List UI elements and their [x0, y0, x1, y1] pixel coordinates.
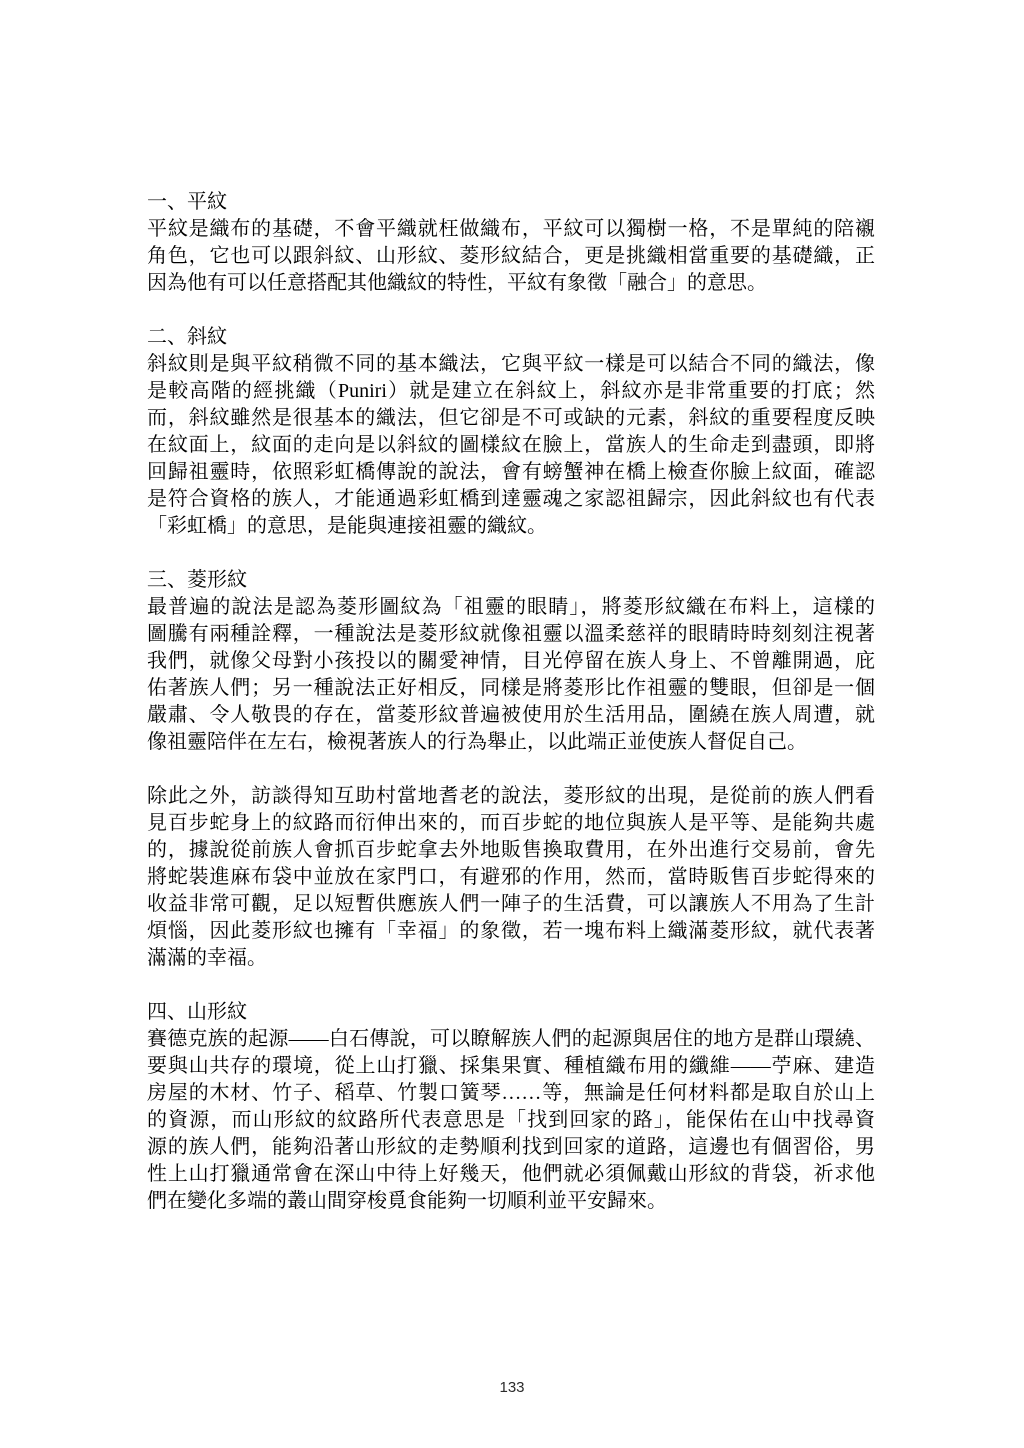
section-heading: 一、平紋: [147, 189, 875, 216]
section: 一、平紋平紋是織布的基礎，不會平織就枉做織布，平紋可以獨樹一格，不是單純的陪襯角…: [147, 189, 875, 297]
document-page: 一、平紋平紋是織布的基礎，不會平織就枉做織布，平紋可以獨樹一格，不是單純的陪襯角…: [0, 0, 1024, 1448]
text-line: 最普遍的說法是認為菱形圖紋為「祖靈的眼睛」，將菱形紋織在布料上，這樣的: [147, 594, 875, 621]
paragraph: 賽德克族的起源——白石傳說，可以瞭解族人們的起源與居住的地方是群山環繞、要與山共…: [147, 1026, 875, 1215]
text-line: 的資源，而山形紋的紋路所代表意思是「找到回家的路」，能保佑在山中找尋資: [147, 1107, 875, 1134]
page-footer: 133: [0, 1379, 1024, 1396]
text-line: 賽德克族的起源——白石傳說，可以瞭解族人們的起源與居住的地方是群山環繞、: [147, 1026, 875, 1053]
paragraph: 平紋是織布的基礎，不會平織就枉做織布，平紋可以獨樹一格，不是單純的陪襯角色，它也…: [147, 216, 875, 297]
text-line: 在紋面上，紋面的走向是以斜紋的圖樣紋在臉上，當族人的生命走到盡頭，即將: [147, 432, 875, 459]
section-heading: 二、斜紋: [147, 324, 875, 351]
text-line: 回歸祖靈時，依照彩虹橋傳說的說法，會有螃蟹神在橋上檢查你臉上紋面，確認: [147, 459, 875, 486]
text-line: 性上山打獵通常會在深山中待上好幾天，他們就必須佩戴山形紋的背袋，祈求他: [147, 1161, 875, 1188]
text-line: 嚴肅、令人敬畏的存在，當菱形紋普遍被使用於生活用品，圍繞在族人周遭，就: [147, 702, 875, 729]
section: 三、菱形紋最普遍的說法是認為菱形圖紋為「祖靈的眼睛」，將菱形紋織在布料上，這樣的…: [147, 567, 875, 972]
text-line: 而，斜紋雖然是很基本的織法，但它卻是不可或缺的元素，斜紋的重要程度反映: [147, 405, 875, 432]
text-line: 見百步蛇身上的紋路而衍伸出來的，而百步蛇的地位與族人是平等、是能夠共處: [147, 810, 875, 837]
text-line: 佑著族人們；另一種說法正好相反，同樣是將菱形比作祖靈的雙眼，但卻是一個: [147, 675, 875, 702]
text-line: 平紋是織布的基礎，不會平織就枉做織布，平紋可以獨樹一格，不是單純的陪襯: [147, 216, 875, 243]
text-line: 煩惱，因此菱形紋也擁有「幸福」的象徵，若一塊布料上織滿菱形紋，就代表著: [147, 918, 875, 945]
text-line: 圖騰有兩種詮釋，一種說法是菱形紋就像祖靈以溫柔慈祥的眼睛時時刻刻注視著: [147, 621, 875, 648]
text-line: 因為他有可以任意搭配其他織紋的特性，平紋有象徵「融合」的意思。: [147, 270, 875, 297]
section: 二、斜紋斜紋則是與平紋稍微不同的基本織法，它與平紋一樣是可以結合不同的織法，像是…: [147, 324, 875, 540]
text-line: 要與山共存的環境，從上山打獵、採集果實、種植織布用的纖維——苧麻、建造: [147, 1053, 875, 1080]
text-line: 我們，就像父母對小孩投以的關愛神情，目光停留在族人身上、不曾離開過，庇: [147, 648, 875, 675]
text-line: 們在變化多端的叢山間穿梭覓食能夠一切順利並平安歸來。: [147, 1188, 875, 1215]
text-line: 角色，它也可以跟斜紋、山形紋、菱形紋結合，更是挑織相當重要的基礎織，正: [147, 243, 875, 270]
page-number: 133: [499, 1379, 524, 1396]
text-line: 像祖靈陪伴在左右，檢視著族人的行為舉止，以此端正並使族人督促自己。: [147, 729, 875, 756]
text-line: 除此之外，訪談得知互助村當地耆老的說法，菱形紋的出現，是從前的族人們看: [147, 783, 875, 810]
paragraph: 除此之外，訪談得知互助村當地耆老的說法，菱形紋的出現，是從前的族人們看見百步蛇身…: [147, 783, 875, 972]
text-line: 是符合資格的族人，才能通過彩虹橋到達靈魂之家認祖歸宗，因此斜紋也有代表: [147, 486, 875, 513]
text-line: 收益非常可觀，足以短暫供應族人們一陣子的生活費，可以讓族人不用為了生計: [147, 891, 875, 918]
text-line: 斜紋則是與平紋稍微不同的基本織法，它與平紋一樣是可以結合不同的織法，像: [147, 351, 875, 378]
section-heading: 三、菱形紋: [147, 567, 875, 594]
text-line: 源的族人們，能夠沿著山形紋的走勢順利找到回家的道路，這邊也有個習俗，男: [147, 1134, 875, 1161]
section: 四、山形紋賽德克族的起源——白石傳說，可以瞭解族人們的起源與居住的地方是群山環繞…: [147, 999, 875, 1215]
paragraph: 斜紋則是與平紋稍微不同的基本織法，它與平紋一樣是可以結合不同的織法，像是較高階的…: [147, 351, 875, 540]
document-content: 一、平紋平紋是織布的基礎，不會平織就枉做織布，平紋可以獨樹一格，不是單純的陪襯角…: [147, 189, 875, 1215]
text-line: 是較高階的經挑織（Puniri）就是建立在斜紋上，斜紋亦是非常重要的打底；然: [147, 378, 875, 405]
text-line: 房屋的木材、竹子、稻草、竹製口簧琴……等，無論是任何材料都是取自於山上: [147, 1080, 875, 1107]
text-line: 滿滿的幸福。: [147, 945, 875, 972]
section-heading: 四、山形紋: [147, 999, 875, 1026]
text-line: 將蛇裝進麻布袋中並放在家門口，有避邪的作用，然而，當時販售百步蛇得來的: [147, 864, 875, 891]
text-line: 「彩虹橋」的意思，是能與連接祖靈的織紋。: [147, 513, 875, 540]
paragraph: 最普遍的說法是認為菱形圖紋為「祖靈的眼睛」，將菱形紋織在布料上，這樣的圖騰有兩種…: [147, 594, 875, 756]
text-line: 的，據說從前族人會抓百步蛇拿去外地販售換取費用，在外出進行交易前，會先: [147, 837, 875, 864]
